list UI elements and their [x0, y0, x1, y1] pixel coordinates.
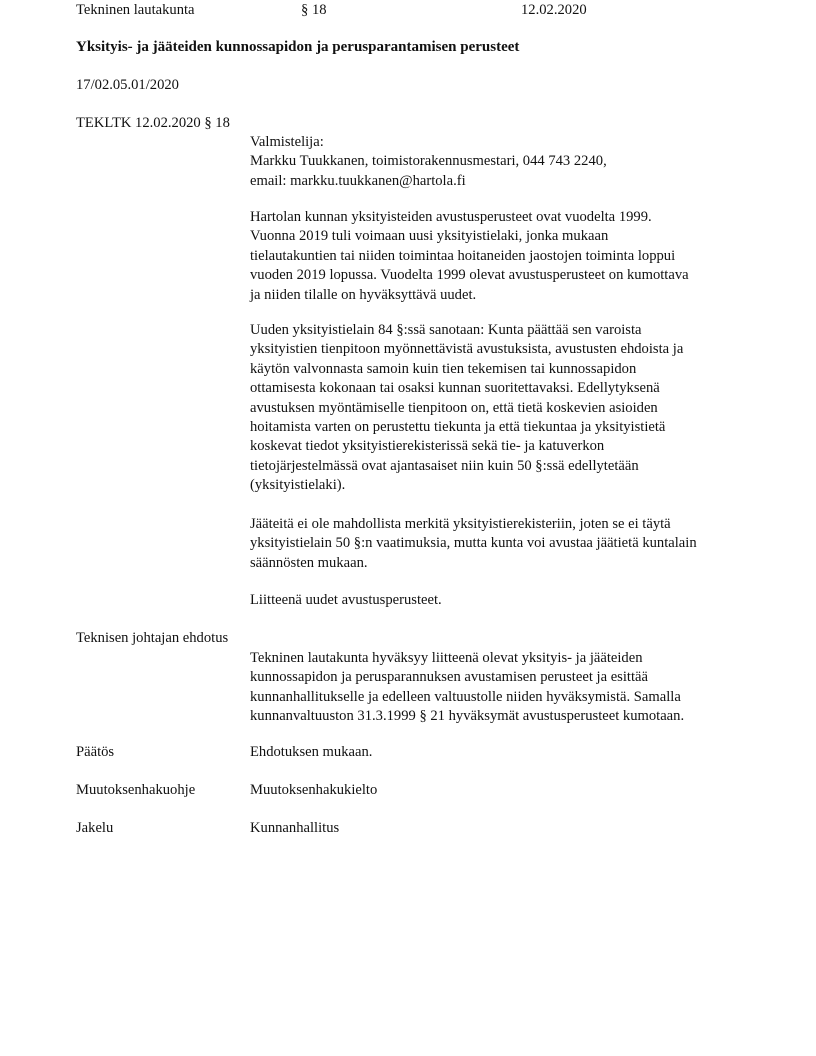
text-line: Vuonna 2019 tuli voimaan uusi yksityisti… [250, 227, 750, 246]
paragraph-law-citation: Uuden yksityistielain 84 §:ssä sanotaan:… [250, 321, 750, 496]
proposal-text: Tekninen lautakunta hyväksyy liitteenä o… [250, 649, 750, 727]
header-committee: Tekninen lautakunta [76, 1, 195, 20]
preparer-block: Valmistelija: Markku Tuukkanen, toimisto… [250, 133, 750, 191]
paragraph-ice-roads: Jääteitä ei ole mahdollista merkitä yksi… [250, 515, 750, 573]
text-line: Hartolan kunnan yksityisteiden avustuspe… [250, 208, 750, 227]
appeal-value: Muutoksenhakukielto [250, 781, 377, 800]
header-section: § 18 [301, 1, 327, 20]
text-line: Uuden yksityistielain 84 §:ssä sanotaan:… [250, 321, 750, 340]
text-line: käytön valvonnasta samoin kuin tien teke… [250, 360, 750, 379]
text-line: säännösten mukaan. [250, 554, 750, 573]
appeal-label: Muutoksenhakuohje [76, 781, 195, 800]
text-line: ottamisesta kokonaan tai osaksi kunnan s… [250, 379, 750, 398]
text-line: tielautakuntien tai niiden toimintaa hoi… [250, 247, 750, 266]
meeting-reference: TEKLTK 12.02.2020 § 18 [76, 114, 230, 133]
text-line: Jääteitä ei ole mahdollista merkitä yksi… [250, 515, 750, 534]
paragraph-background: Hartolan kunnan yksityisteiden avustuspe… [250, 208, 750, 305]
text-line: yksityistielain 50 §:n vaatimuksia, mutt… [250, 534, 750, 553]
page-title: Yksityis- ja jääteiden kunnossapidon ja … [76, 38, 519, 57]
header-date: 12.02.2020 [521, 1, 587, 20]
text-line: tietojärjestelmässä ovat ajantasaiset ni… [250, 457, 750, 476]
text-line: koskevat tiedot yksityistierekisterissä … [250, 437, 750, 456]
text-line: kunnanvaltuuston 31.3.1999 § 21 hyväksym… [250, 707, 750, 726]
text-line: kunnossapidon ja perusparannuksen avusta… [250, 668, 750, 687]
preparer-label: Valmistelija: [250, 133, 750, 152]
paragraph-attachment: Liitteenä uudet avustusperusteet. [250, 591, 750, 610]
proposal-label: Teknisen johtajan ehdotus [76, 629, 228, 648]
text-line: avustuksen myöntämiselle tienpitoon on, … [250, 399, 750, 418]
text-line: kunnanhallitukselle ja edelleen valtuust… [250, 688, 750, 707]
distribution-value: Kunnanhallitus [250, 819, 339, 838]
text-line: Liitteenä uudet avustusperusteet. [250, 591, 750, 610]
text-line: vuoden 2019 lopussa. Vuodelta 1999 oleva… [250, 266, 750, 285]
decision-value: Ehdotuksen mukaan. [250, 743, 372, 762]
text-line: yksityistien tienpitoon myönnettävistä a… [250, 340, 750, 359]
text-line: (yksityistielaki). [250, 476, 750, 495]
distribution-label: Jakelu [76, 819, 113, 838]
preparer-name: Markku Tuukkanen, toimistorakennusmestar… [250, 152, 750, 171]
text-line: hoitamista varten on perustettu tiekunta… [250, 418, 750, 437]
document-number: 17/02.05.01/2020 [76, 76, 179, 95]
decision-label: Päätös [76, 743, 114, 762]
preparer-email: email: markku.tuukkanen@hartola.fi [250, 172, 750, 191]
text-line: ja niiden tilalle on hyväksyttävä uudet. [250, 286, 750, 305]
text-line: Tekninen lautakunta hyväksyy liitteenä o… [250, 649, 750, 668]
